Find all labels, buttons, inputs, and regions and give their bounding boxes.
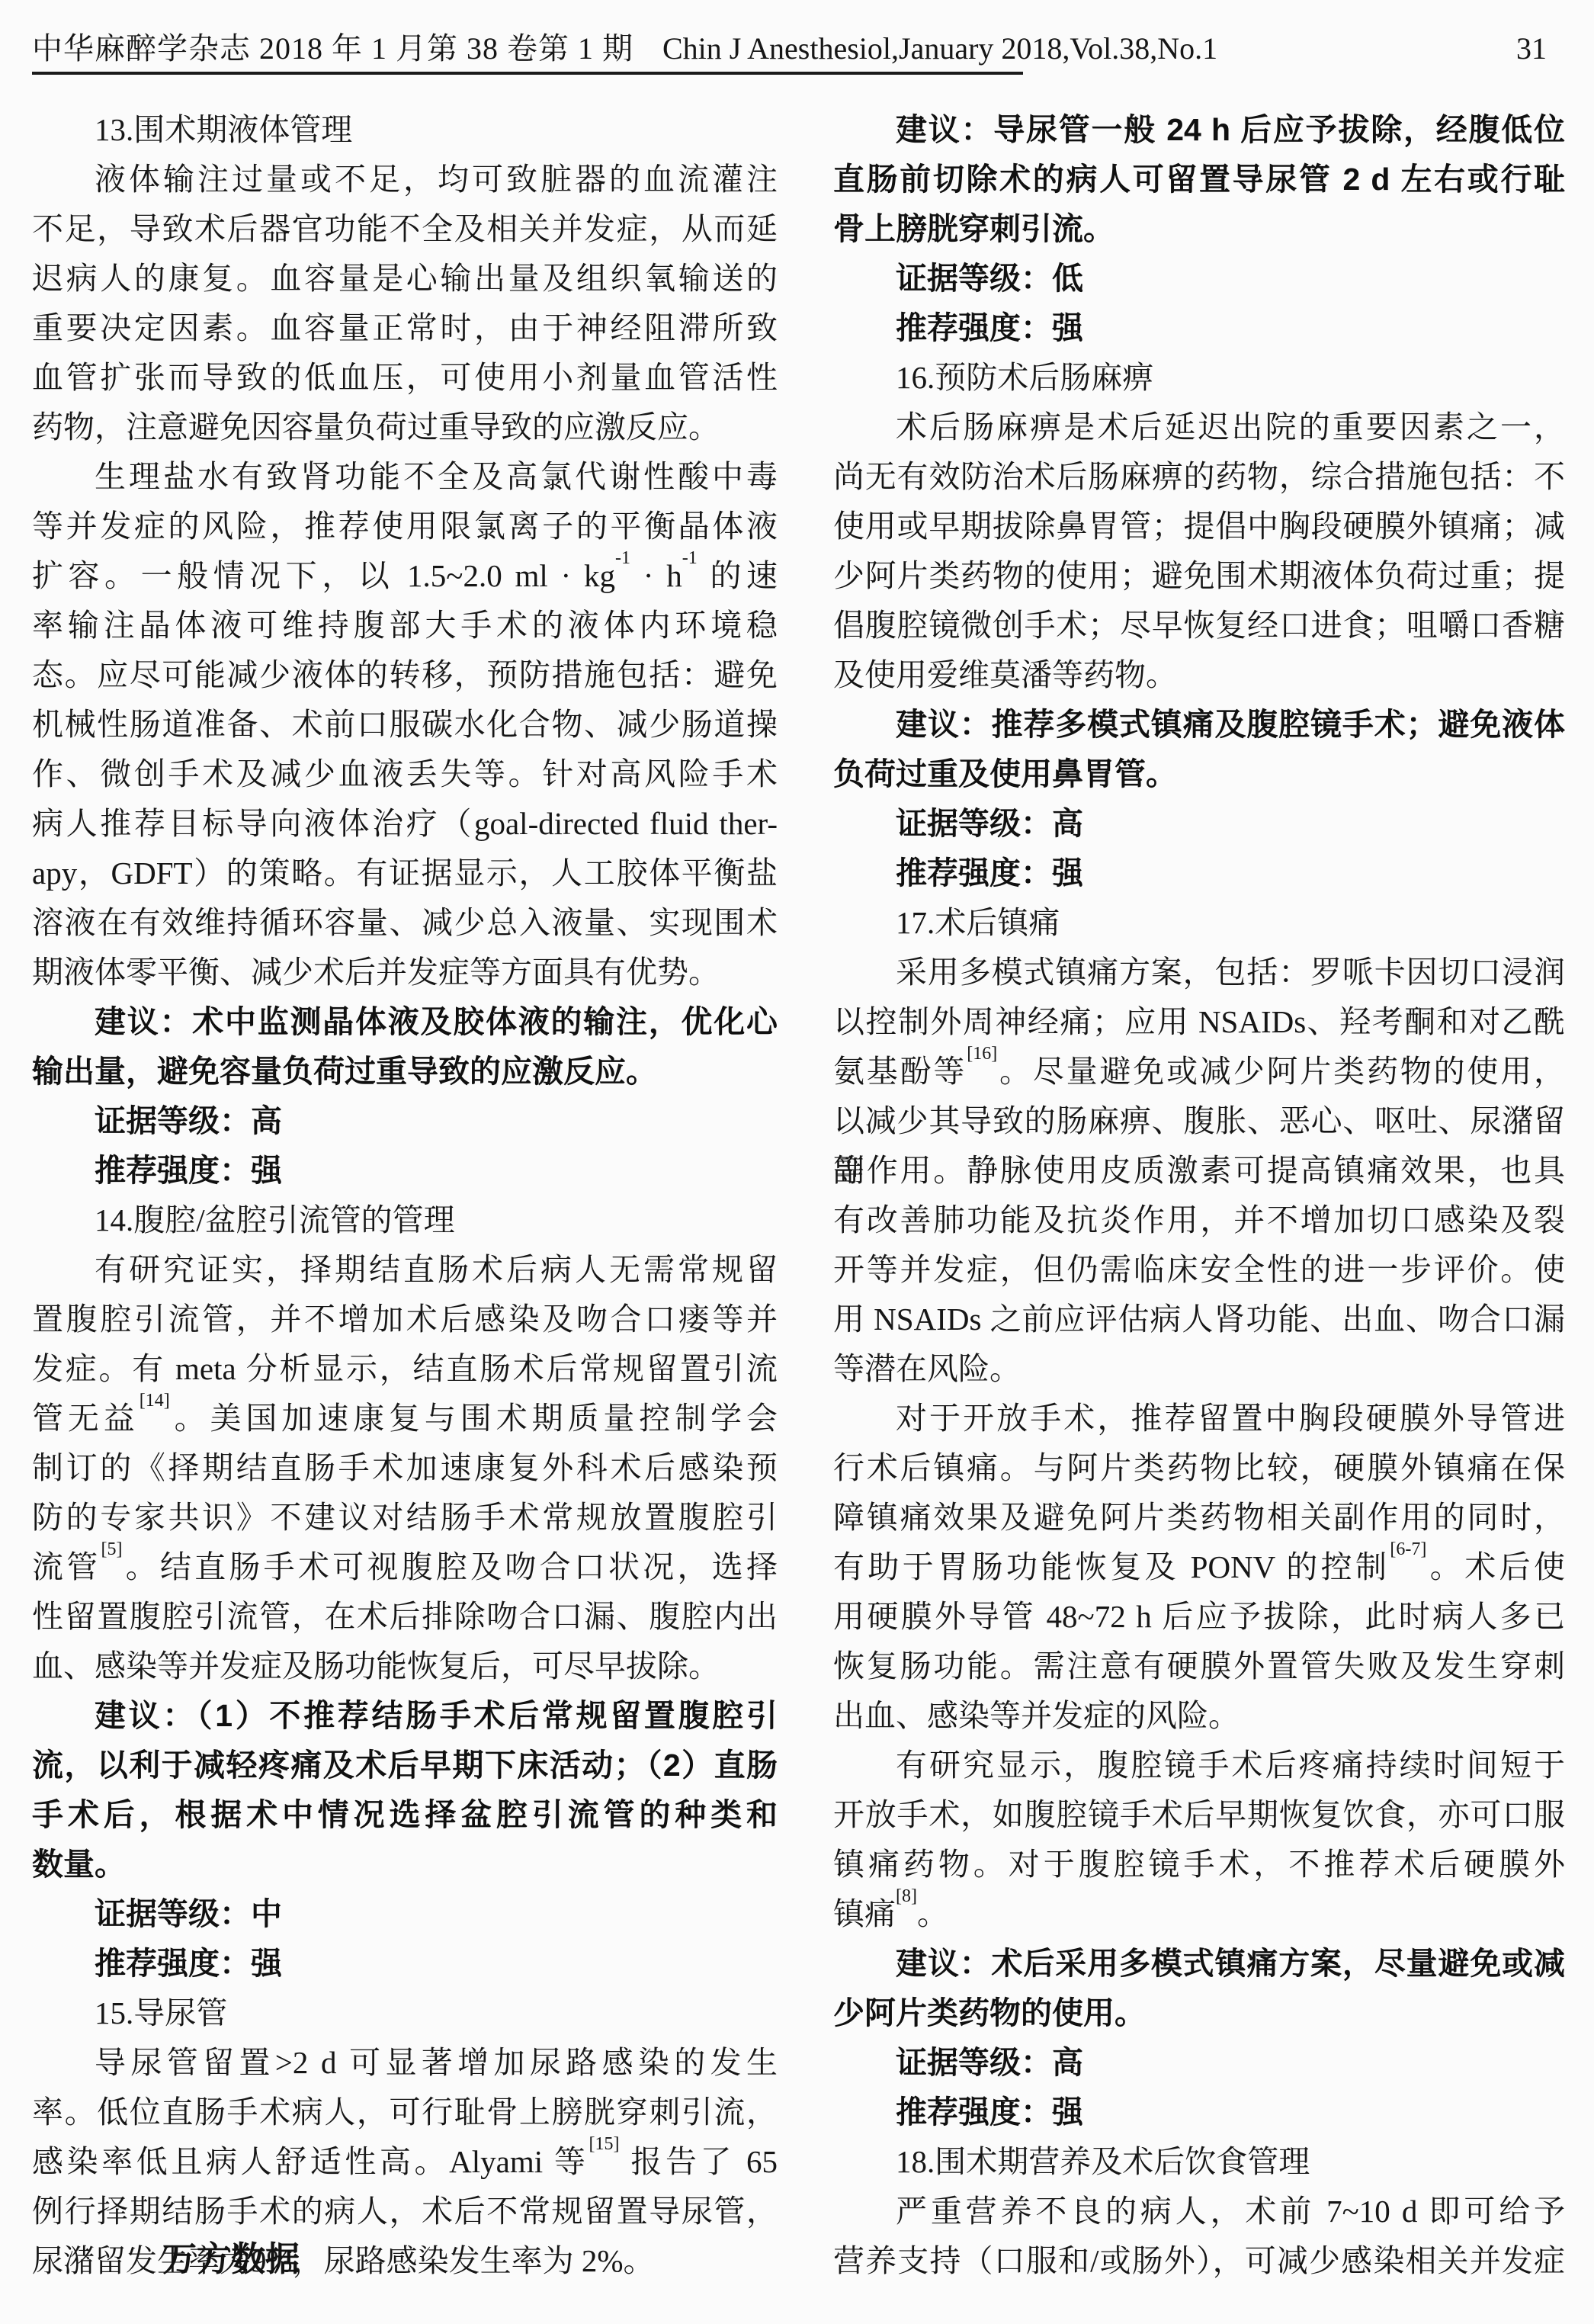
text-line: 证据等级：中 bbox=[32, 1889, 778, 1939]
text-line: 性留置腹腔引流管，在术后排除吻合口漏、腹腔内出 bbox=[32, 1592, 778, 1642]
journal-page: 中华麻醉学杂志 2018 年 1 月第 38 卷第 1 期Chin J Anes… bbox=[0, 0, 1594, 2324]
page-header: 中华麻醉学杂志 2018 年 1 月第 38 卷第 1 期Chin J Anes… bbox=[32, 30, 1562, 67]
text-line: 导尿管留置>2 d 可显著增加尿路感染的发生 bbox=[32, 2038, 778, 2088]
text-line: 有助于胃肠功能恢复及 PONV 的控制[6-7]。术后使 bbox=[833, 1542, 1565, 1592]
text-line: 行术后镇痛。与阿片类药物比较，硬膜外镇痛在保 bbox=[833, 1443, 1565, 1493]
text-line: 障镇痛效果及避免阿片类药物相关副作用的同时， bbox=[833, 1493, 1565, 1542]
text-line: 有研究显示，腹腔镜手术后疼痛持续时间短于 bbox=[833, 1741, 1565, 1790]
text-line: 流，以利于减轻疼痛及术后早期下床活动；（2）直肠 bbox=[32, 1741, 778, 1790]
text-line: 13.围术期液体管理 bbox=[32, 105, 778, 155]
text-line: 流管[5]。结直肠手术可视腹腔及吻合口状况，选择 bbox=[32, 1542, 778, 1592]
text-line: 溶液在有效维持循环容量、减少总入液量、实现围术 bbox=[32, 898, 778, 948]
text-line: 氨基酚等[16]。尽量避免或减少阿片类药物的使用， bbox=[833, 1047, 1565, 1096]
text-line: 制订的《择期结直肠手术加速康复外科术后感染预 bbox=[32, 1443, 778, 1493]
text-line: 态。应尽可能减少液体的转移，预防措施包括：避免 bbox=[32, 650, 778, 700]
text-line: 生理盐水有致肾功能不全及高氯代谢性酸中毒 bbox=[32, 452, 778, 502]
text-line: 例行择期结肠手术的病人，术后不常规留置导尿管， bbox=[32, 2187, 778, 2236]
text-line: 机械性肠道准备、术前口服碳水化合物、减少肠道操 bbox=[32, 700, 778, 750]
text-line: 15.导尿管 bbox=[32, 1989, 778, 2038]
text-line: 直肠前切除术的病人可留置导尿管 2 d 左右或行耻 bbox=[833, 155, 1565, 204]
header-rule bbox=[32, 72, 1023, 75]
text-line: 18.围术期营养及术后饮食管理 bbox=[833, 2137, 1565, 2187]
text-line: 用 NSAIDs 之前应评估病人肾功能、出血、吻合口漏 bbox=[833, 1295, 1565, 1344]
text-line: 病人推荐目标导向液体治疗（goal-directed fluid ther- bbox=[32, 799, 778, 849]
text-line: 推荐强度：强 bbox=[32, 1146, 778, 1196]
text-line: 营养支持（口服和/或肠外），可减少感染相关并发症 bbox=[833, 2236, 1565, 2286]
text-line: 尚无有效防治术后肠麻痹的药物，综合措施包括：不 bbox=[833, 452, 1565, 502]
text-line: apy，GDFT）的策略。有证据显示，人工胶体平衡盐 bbox=[32, 849, 778, 898]
text-line: 置腹腔引流管，并不增加术后感染及吻合口瘘等并 bbox=[32, 1295, 778, 1344]
text-line: 作、微创手术及减少血液丢失等。针对高风险手术 bbox=[32, 750, 778, 799]
text-line: 术后肠麻痹是术后延迟出院的重要因素之一， bbox=[833, 403, 1565, 452]
wanfang-watermark: 万方数据 bbox=[162, 2240, 315, 2278]
text-line: 14.腹腔/盆腔引流管的管理 bbox=[32, 1196, 778, 1245]
text-line: 建议：导尿管一般 24 h 后应予拔除，经腹低位 bbox=[833, 105, 1565, 155]
text-line: 负荷过重及使用鼻胃管。 bbox=[833, 750, 1565, 799]
text-line: 发症。有 meta 分析显示，结直肠术后常规留置引流 bbox=[32, 1344, 778, 1394]
journal-title-chinese: 中华麻醉学杂志 2018 年 1 月第 38 卷第 1 期 bbox=[32, 31, 633, 66]
text-line: 重要决定因素。血容量正常时，由于神经阻滞所致 bbox=[32, 303, 778, 353]
text-line: 证据等级：高 bbox=[833, 799, 1565, 849]
text-line: 血、感染等并发症及肠功能恢复后，可尽早拔除。 bbox=[32, 1642, 778, 1691]
text-line: 镇痛药物。对于腹腔镜手术，不推荐术后硬膜外 bbox=[833, 1840, 1565, 1889]
text-line: 数量。 bbox=[32, 1840, 778, 1889]
page-number: 31 bbox=[1516, 30, 1547, 67]
text-line: 液体输注过量或不足，均可致脏器的血流灌注 bbox=[32, 155, 778, 204]
text-line: 16.预防术后肠麻痹 bbox=[833, 353, 1565, 403]
text-line: 少阿片类药物的使用；避免围术期液体负荷过重；提 bbox=[833, 551, 1565, 601]
text-line: 有研究证实，择期结直肠术后病人无需常规留 bbox=[32, 1245, 778, 1295]
text-line: 对于开放手术，推荐留置中胸段硬膜外导管进 bbox=[833, 1394, 1565, 1443]
text-line: 管无益[14]。美国加速康复与围术期质量控制学会 bbox=[32, 1394, 778, 1443]
text-line: 建议：（1）不推荐结肠手术后常规留置腹腔引 bbox=[32, 1691, 778, 1741]
text-line: 以减少其导致的肠麻痹、腹胀、恶心、呕吐、尿潴留等 bbox=[833, 1096, 1565, 1146]
text-line: 不足，导致术后器官功能不全及相关并发症，从而延 bbox=[32, 204, 778, 254]
text-line: 开等并发症，但仍需临床安全性的进一步评价。使 bbox=[833, 1245, 1565, 1295]
text-line: 尿潴留发生率为9%，尿路感染发生率为 2%。 bbox=[32, 2236, 778, 2286]
text-line: 期液体零平衡、减少术后并发症等方面具有优势。 bbox=[32, 948, 778, 997]
text-line: 手术后，根据术中情况选择盆腔引流管的种类和 bbox=[32, 1790, 778, 1840]
text-line: 恢复肠功能。需注意有硬膜外置管失败及发生穿刺 bbox=[833, 1642, 1565, 1691]
text-line: 推荐强度：强 bbox=[32, 1939, 778, 1989]
text-line: 证据等级：高 bbox=[32, 1096, 778, 1146]
text-line: 药物，注意避免因容量负荷过重导致的应激反应。 bbox=[32, 403, 778, 452]
text-line: 建议：术中监测晶体液及胶体液的输注，优化心 bbox=[32, 997, 778, 1047]
text-line: 迟病人的康复。血容量是心输出量及组织氧输送的 bbox=[32, 254, 778, 303]
text-line: 建议：推荐多模式镇痛及腹腔镜手术；避免液体 bbox=[833, 700, 1565, 750]
text-line: 扩容。一般情况下，以 1.5~2.0 ml · kg-1 · h-1 的速 bbox=[32, 551, 778, 601]
text-line: 严重营养不良的病人，术前 7~10 d 即可给予 bbox=[833, 2187, 1565, 2236]
text-line: 用硬膜外导管 48~72 h 后应予拔除，此时病人多已 bbox=[833, 1592, 1565, 1642]
text-line: 骨上膀胱穿刺引流。 bbox=[833, 204, 1565, 254]
text-line: 少阿片类药物的使用。 bbox=[833, 1989, 1565, 2038]
text-line: 推荐强度：强 bbox=[833, 303, 1565, 353]
text-line: 倡腹腔镜微创手术；尽早恢复经口进食；咀嚼口香糖 bbox=[833, 601, 1565, 650]
text-line: 以控制外周神经痛；应用 NSAIDs、羟考酮和对乙酰 bbox=[833, 997, 1565, 1047]
text-line: 率。低位直肠手术病人，可行耻骨上膀胱穿刺引流， bbox=[32, 2088, 778, 2137]
text-line: 及使用爱维莫潘等药物。 bbox=[833, 650, 1565, 700]
text-line: 等潜在风险。 bbox=[833, 1344, 1565, 1394]
journal-title-english: Chin J Anesthesiol,January 2018,Vol.38,N… bbox=[662, 31, 1217, 66]
text-line: 副作用。静脉使用皮质激素可提高镇痛效果，也具 bbox=[833, 1146, 1565, 1196]
text-line: 建议：术后采用多模式镇痛方案，尽量避免或减 bbox=[833, 1939, 1565, 1989]
text-line: 率输注晶体液可维持腹部大手术的液体内环境稳 bbox=[32, 601, 778, 650]
text-line: 证据等级：低 bbox=[833, 254, 1565, 303]
text-line: 17.术后镇痛 bbox=[833, 898, 1565, 948]
text-column-right: 建议：导尿管一般 24 h 后应予拔除，经腹低位直肠前切除术的病人可留置导尿管 … bbox=[833, 105, 1565, 2286]
text-line: 推荐强度：强 bbox=[833, 849, 1565, 898]
text-line: 采用多模式镇痛方案，包括：罗哌卡因切口浸润 bbox=[833, 948, 1565, 997]
text-line: 出血、感染等并发症的风险。 bbox=[833, 1691, 1565, 1741]
text-column-left: 13.围术期液体管理液体输注过量或不足，均可致脏器的血流灌注不足，导致术后器官功… bbox=[32, 105, 778, 2286]
text-line: 输出量，避免容量负荷过重导致的应激反应。 bbox=[32, 1047, 778, 1096]
text-line: 等并发症的风险，推荐使用限氯离子的平衡晶体液 bbox=[32, 502, 778, 551]
text-line: 镇痛[8]。 bbox=[833, 1889, 1565, 1939]
text-line: 证据等级：高 bbox=[833, 2038, 1565, 2088]
text-line: 使用或早期拔除鼻胃管；提倡中胸段硬膜外镇痛；减 bbox=[833, 502, 1565, 551]
text-line: 防的专家共识》不建议对结肠手术常规放置腹腔引 bbox=[32, 1493, 778, 1542]
text-line: 推荐强度：强 bbox=[833, 2088, 1565, 2137]
text-line: 开放手术，如腹腔镜手术后早期恢复饮食，亦可口服 bbox=[833, 1790, 1565, 1840]
text-line: 感染率低且病人舒适性高。Alyami 等[15] 报告了 65 bbox=[32, 2137, 778, 2187]
text-line: 血管扩张而导致的低血压，可使用小剂量血管活性 bbox=[32, 353, 778, 403]
text-line: 有改善肺功能及抗炎作用，并不增加切口感染及裂 bbox=[833, 1196, 1565, 1245]
